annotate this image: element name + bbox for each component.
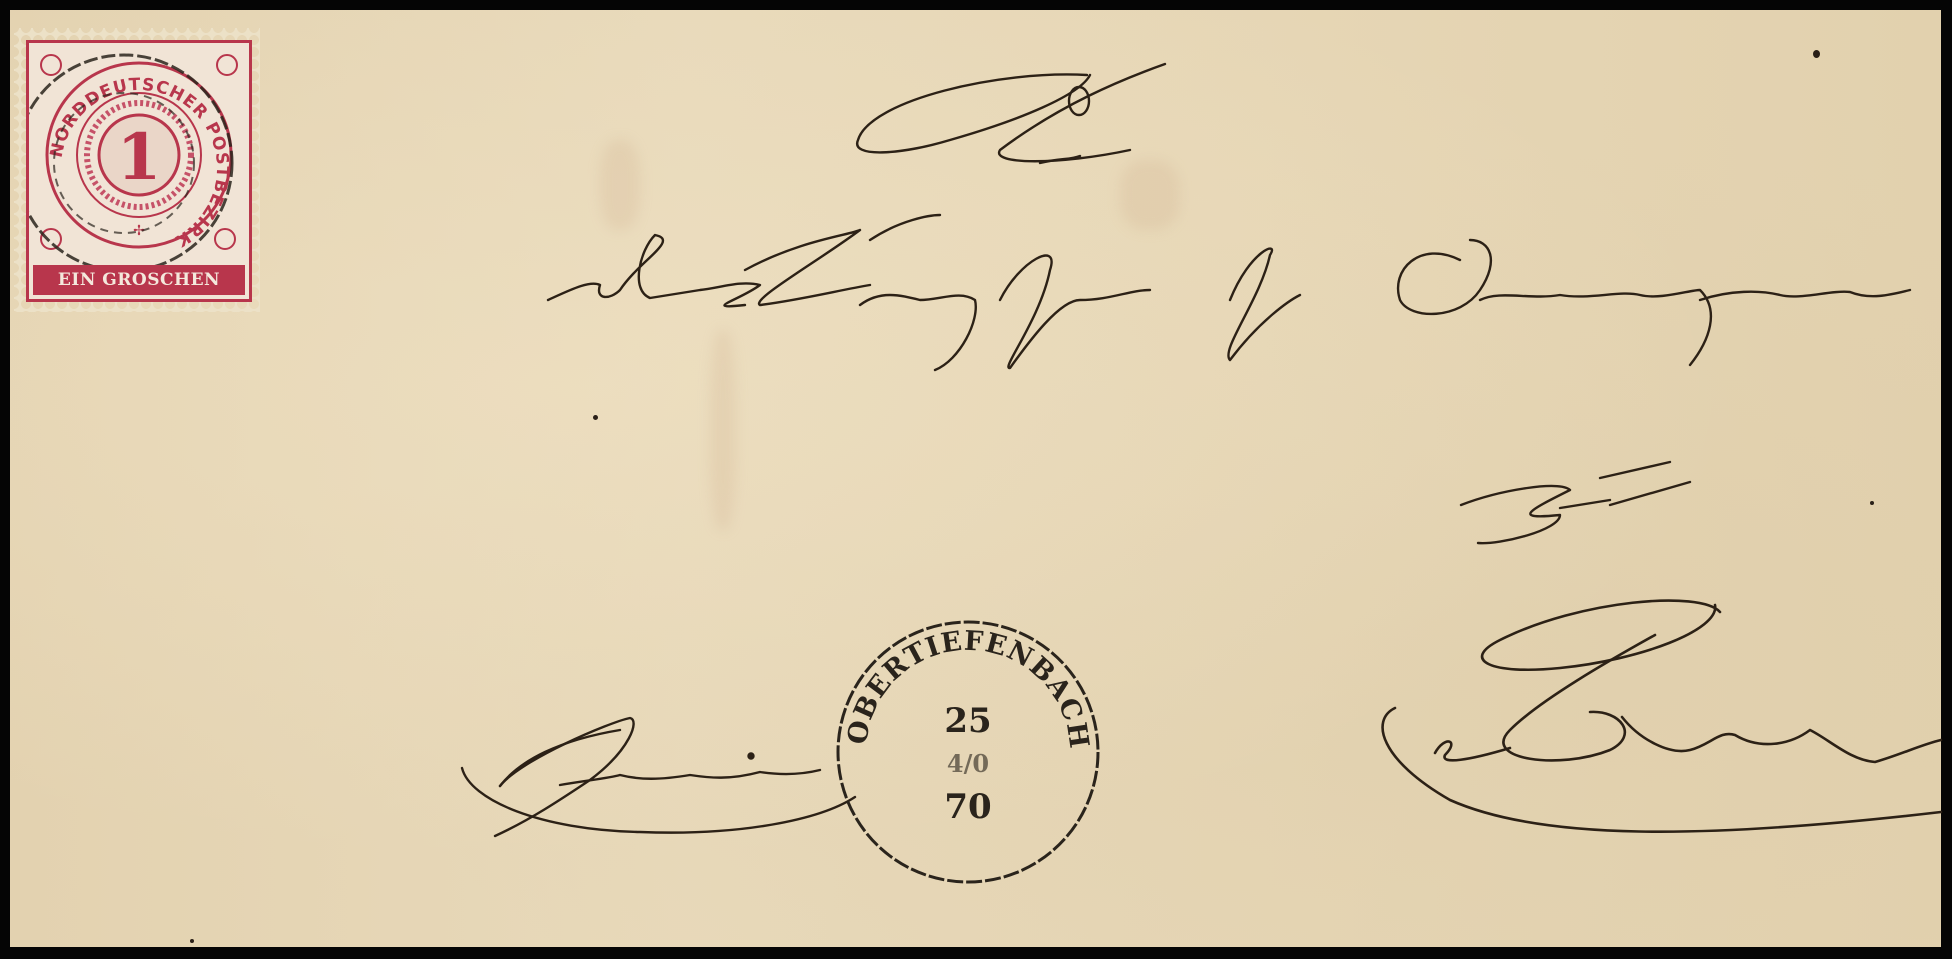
svg-text:70: 70	[944, 787, 991, 827]
postmark-icon: OBERTIEFENBACH 25 4/0 70	[838, 622, 1098, 882]
svg-text:4/0: 4/0	[947, 749, 989, 778]
svg-text:25: 25	[944, 701, 991, 741]
handwriting-layer: OBERTIEFENBACH 25 4/0 70	[0, 0, 1952, 959]
